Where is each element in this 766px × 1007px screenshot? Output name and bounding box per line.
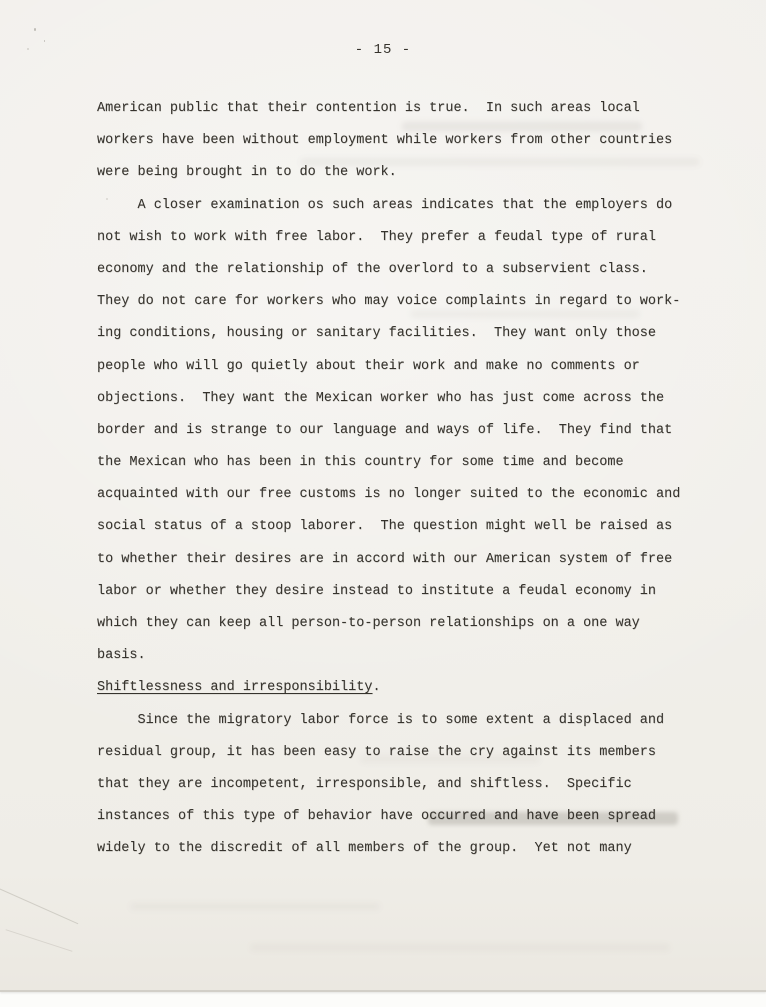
- text-line: ing conditions, housing or sanitary faci…: [97, 318, 697, 350]
- text-line: were being brought in to do the work.: [97, 157, 697, 189]
- text-line: basis.: [97, 640, 697, 672]
- text-line: social status of a stoop laborer. The qu…: [97, 511, 697, 543]
- text-line: Since the migratory labor force is to so…: [97, 705, 697, 737]
- text-line: border and is strange to our language an…: [97, 415, 697, 447]
- text-line: A closer examination os such areas indic…: [97, 190, 697, 222]
- text-line: labor or whether they desire instead to …: [97, 576, 697, 608]
- paper-crease: [0, 887, 78, 925]
- text-line: the Mexican who has been in this country…: [97, 447, 697, 479]
- page-number: - 15 -: [0, 42, 766, 58]
- text-line: American public that their contention is…: [97, 93, 697, 125]
- bleed-through-smudge: [250, 944, 670, 951]
- paper-crease: [6, 929, 73, 952]
- text-line: economy and the relationship of the over…: [97, 254, 697, 286]
- section-heading-text: Shiftlessness and irresponsibility: [97, 680, 372, 695]
- text-line: that they are incompetent, irresponsible…: [97, 769, 697, 801]
- text-line: objections. They want the Mexican worker…: [97, 383, 697, 415]
- document-body: American public that their contention is…: [97, 93, 697, 866]
- text-line: not wish to work with free labor. They p…: [97, 222, 697, 254]
- bleed-through-smudge: [130, 903, 380, 910]
- text-line: to whether their desires are in accord w…: [97, 544, 697, 576]
- text-line: workers have been without employment whi…: [97, 125, 697, 157]
- text-line: which they can keep all person-to-person…: [97, 608, 697, 640]
- text-line: residual group, it has been easy to rais…: [97, 737, 697, 769]
- section-heading: Shiftlessness and irresponsibility.: [97, 672, 697, 704]
- document-page: - 15 - American public that their conten…: [0, 0, 766, 992]
- text-line: They do not care for workers who may voi…: [97, 286, 697, 318]
- paper-speck: [34, 28, 36, 31]
- text-line: acquainted with our free customs is no l…: [97, 479, 697, 511]
- text-line: widely to the discredit of all members o…: [97, 833, 697, 865]
- text-line: people who will go quietly about their w…: [97, 351, 697, 383]
- section-heading-period: .: [372, 680, 380, 695]
- text-line: instances of this type of behavior have …: [97, 801, 697, 833]
